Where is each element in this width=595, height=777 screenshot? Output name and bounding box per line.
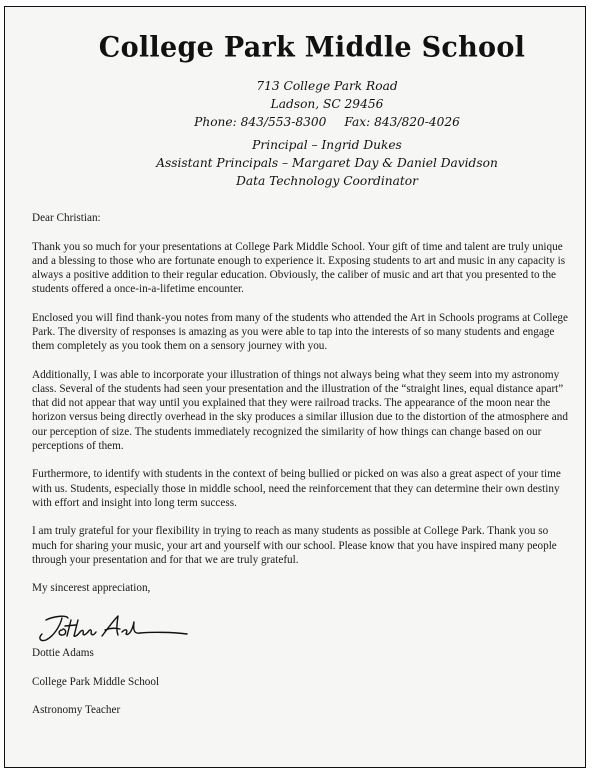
phone-number: Phone: 843/553-8300 xyxy=(194,115,326,129)
principal-line: Principal – Ingrid Dukes xyxy=(69,136,585,154)
address-line-1: 713 College Park Road xyxy=(69,77,585,95)
letter-body: Dear Christian: Thank you so much for yo… xyxy=(32,211,572,732)
paragraph: Additionally, I was able to incorporate … xyxy=(32,368,572,453)
school-name: College Park Middle School xyxy=(39,30,585,66)
signer-title: Astronomy Teacher xyxy=(32,703,572,717)
signature-icon xyxy=(32,610,192,646)
salutation: Dear Christian: xyxy=(32,211,572,225)
address-line-2: Ladson, SC 29456 xyxy=(69,95,585,113)
signer-school: College Park Middle School xyxy=(32,675,572,689)
paragraph: Furthermore, to identify with students i… xyxy=(32,467,572,510)
paragraph: Enclosed you will find thank-you notes f… xyxy=(32,311,572,354)
assistant-principals-line: Assistant Principals – Margaret Day & Da… xyxy=(69,154,585,172)
coordinator-line: Data Technology Coordinator xyxy=(69,172,585,190)
fax-number: Fax: 843/820-4026 xyxy=(344,115,460,129)
letter-page: College Park Middle School 713 College P… xyxy=(4,6,586,768)
contact-line: Phone: 843/553-8300Fax: 843/820-4026 xyxy=(69,113,585,131)
paragraph: I am truly grateful for your flexibility… xyxy=(32,524,572,567)
paragraph: Thank you so much for your presentations… xyxy=(32,240,572,297)
letterhead-details: 713 College Park Road Ladson, SC 29456 P… xyxy=(69,77,585,190)
signer-name: Dottie Adams xyxy=(32,646,572,660)
closing: My sincerest appreciation, xyxy=(32,581,572,595)
letterhead: College Park Middle School 713 College P… xyxy=(5,31,585,190)
